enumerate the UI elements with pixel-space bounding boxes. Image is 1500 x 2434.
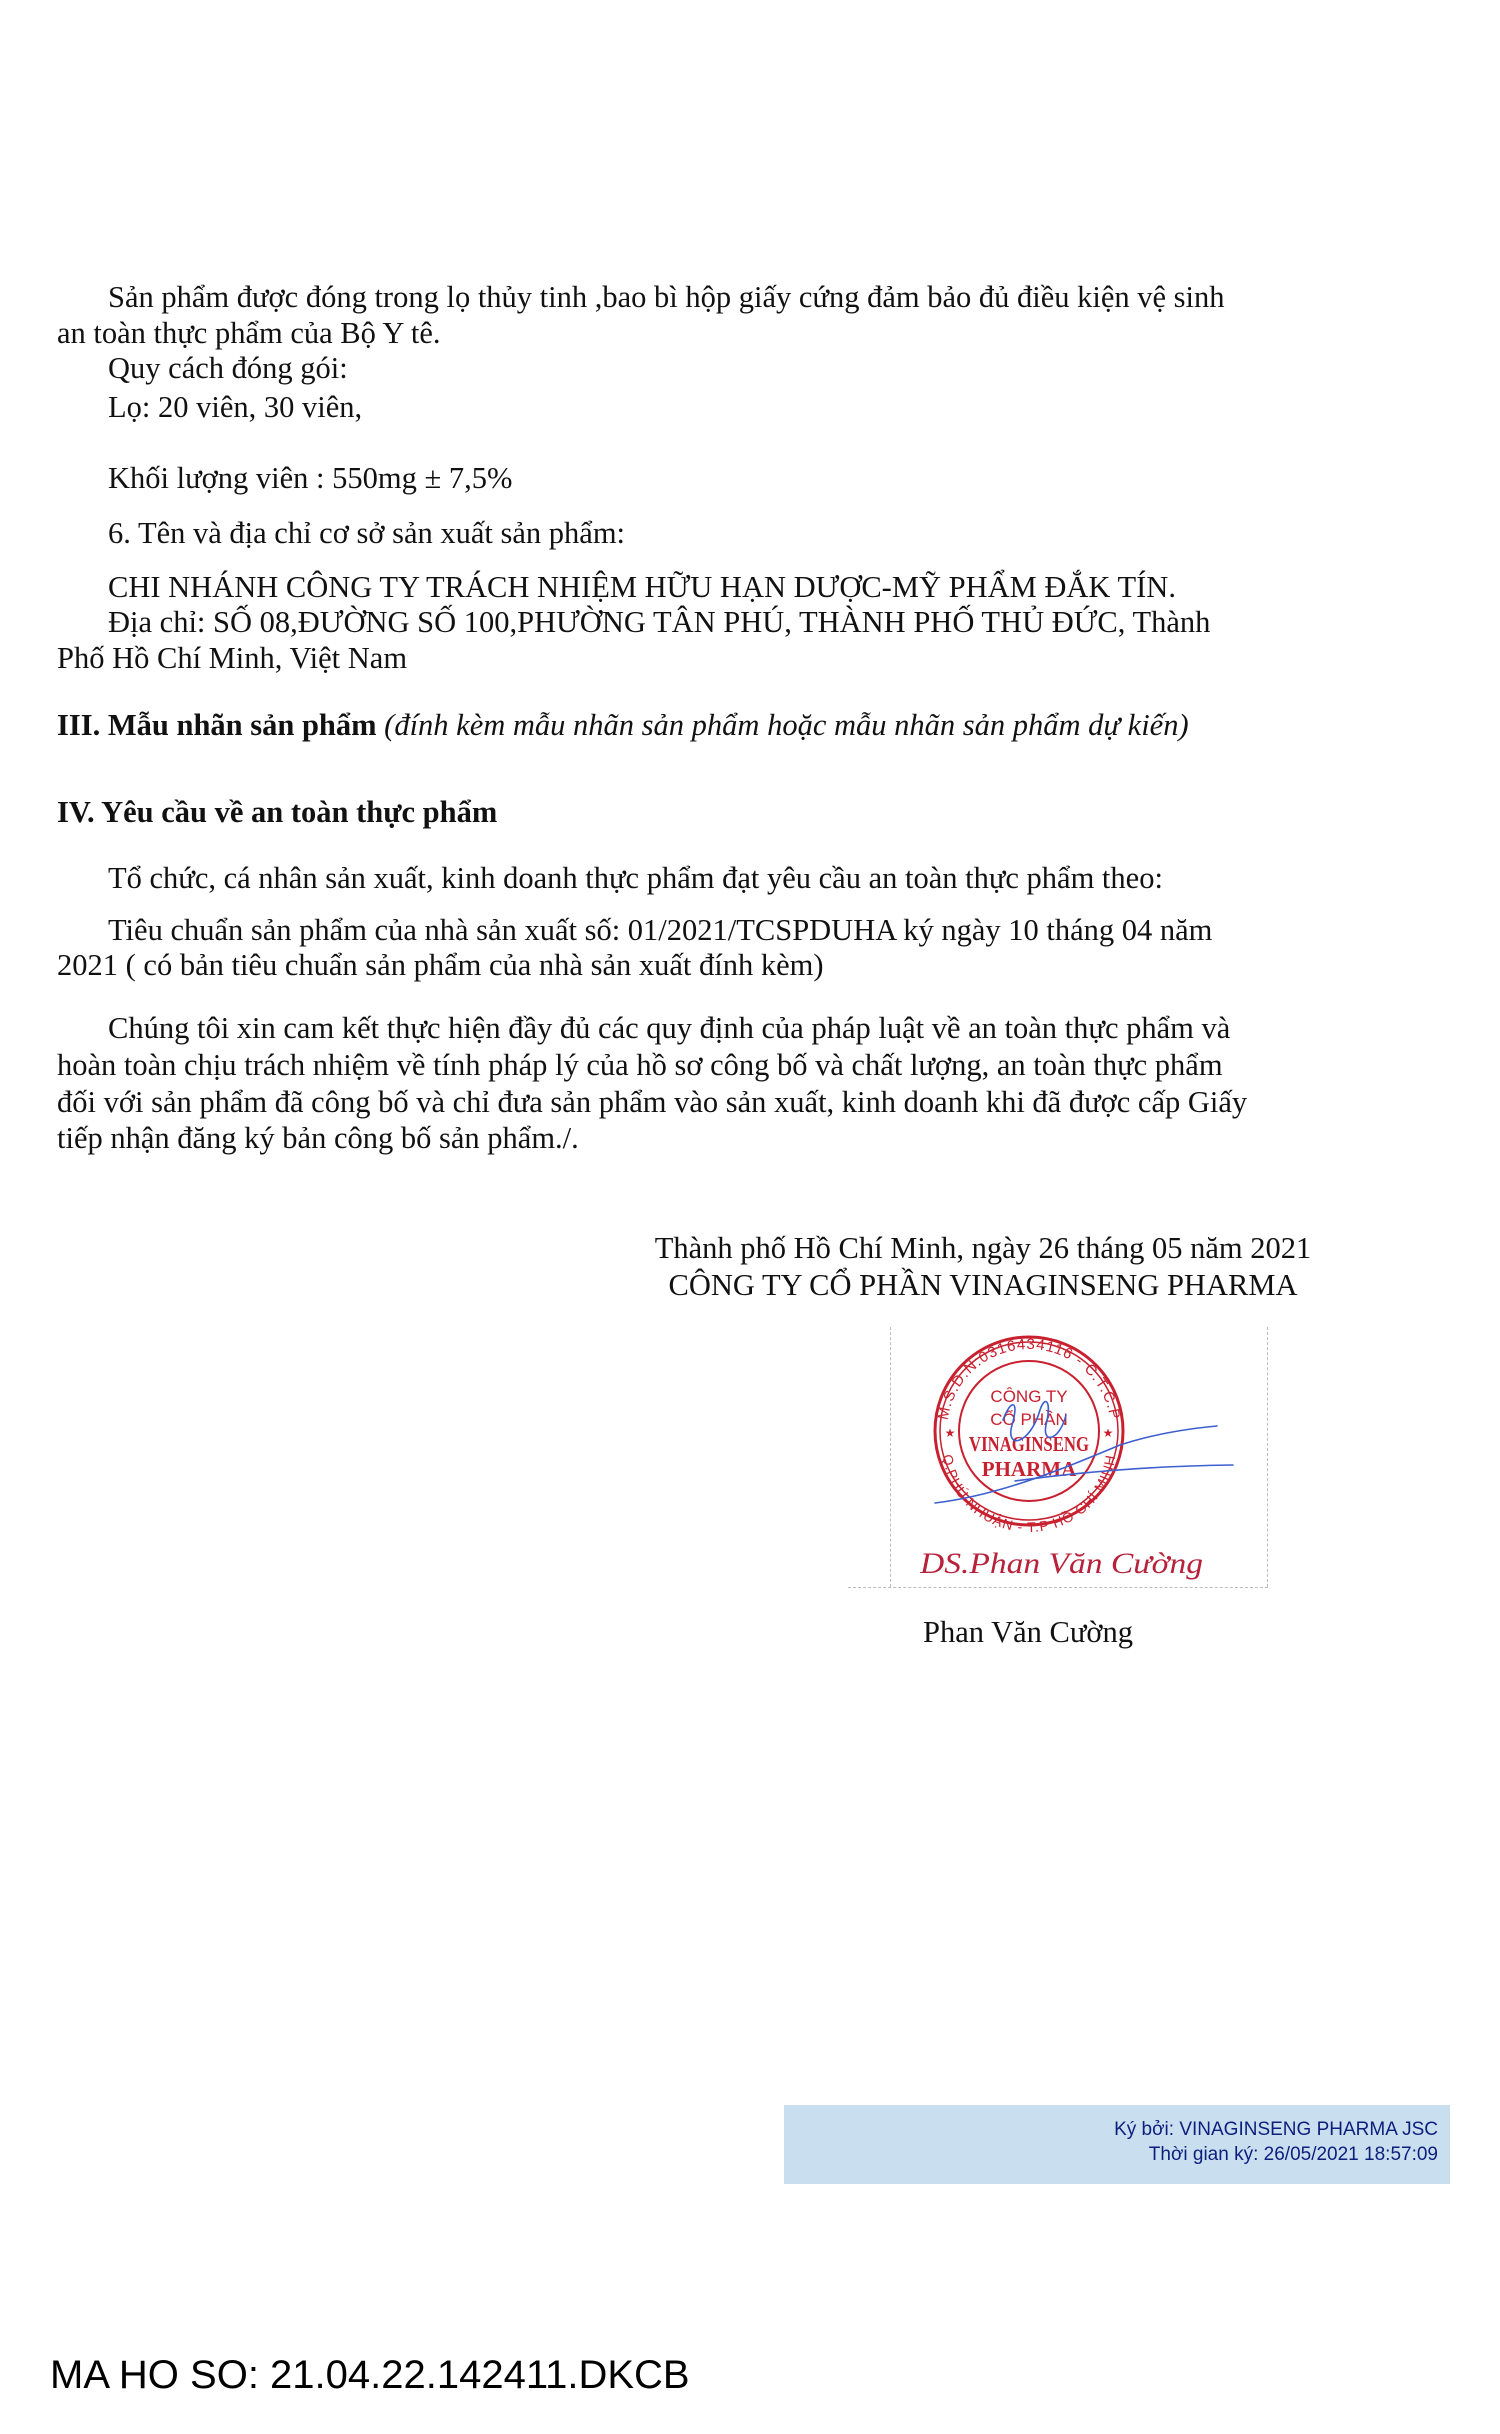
- tablet-weight: Khối lượng viên : 550mg ± 7,5%: [108, 461, 512, 495]
- manufacturer-name: CHI NHÁNH CÔNG TY TRÁCH NHIỆM HỮU HẠN DƯ…: [108, 570, 1176, 604]
- commitment-line-4: tiếp nhận đăng ký bản công bố sản phẩm./…: [57, 1121, 579, 1155]
- packaging-line-1: Sản phẩm được đóng trong lọ thủy tinh ,b…: [108, 280, 1225, 314]
- digital-signature-box: Ký bởi: VINAGINSENG PHARMA JSC Thời gian…: [784, 2105, 1450, 2184]
- svg-text:CÔNG TY: CÔNG TY: [990, 1387, 1067, 1406]
- svg-text:DS.Phan Văn Cường: DS.Phan Văn Cường: [920, 1547, 1203, 1580]
- section-3-note: (đính kèm mẫu nhãn sản phẩm hoặc mẫu nhã…: [384, 708, 1188, 742]
- signed-time: Thời gian ký: 26/05/2021 18:57:09: [1149, 2144, 1438, 2166]
- commitment-line-3: đối với sản phẩm đã công bố và chỉ đưa s…: [57, 1085, 1247, 1119]
- commitment-line-1: Chúng tôi xin cam kết thực hiện đầy đủ c…: [108, 1011, 1230, 1045]
- standard-line-2: 2021 ( có bản tiêu chuẩn sản phẩm của nh…: [57, 948, 824, 982]
- section-3-heading: III. Mẫu nhãn sản phẩm (đính kèm mẫu nhã…: [57, 708, 1189, 742]
- packaging-spec-value: Lọ: 20 viên, 30 viên,: [108, 390, 362, 424]
- signer-name: Phan Văn Cường: [923, 1615, 1133, 1649]
- section-4-para-1: Tổ chức, cá nhân sản xuất, kinh doanh th…: [108, 861, 1163, 895]
- signature-frame-left: [890, 1327, 891, 1587]
- manufacturer-heading: 6. Tên và địa chỉ cơ sở sản xuất sản phẩ…: [108, 516, 625, 550]
- company-name: CÔNG TY CỔ PHẦN VINAGINSENG PHARMA: [603, 1268, 1363, 1302]
- signature-frame-right: [1267, 1327, 1268, 1587]
- section-4-heading: IV. Yêu cầu về an toàn thực phẩm: [57, 795, 497, 829]
- packaging-line-2: an toàn thực phẩm của Bộ Y tê.: [57, 316, 441, 350]
- standard-line-1: Tiêu chuẩn sản phẩm của nhà sản xuất số:…: [108, 913, 1212, 947]
- svg-text:PHARMA: PHARMA: [982, 1457, 1077, 1481]
- svg-text:★: ★: [1103, 1426, 1114, 1440]
- file-code: MA HO SO: 21.04.22.142411.DKCB: [50, 2352, 690, 2398]
- manufacturer-address-line-1: Địa chỉ: SỐ 08,ĐƯỜNG SỐ 100,PHƯỜNG TÂN P…: [108, 605, 1210, 639]
- section-3-title: III. Mẫu nhãn sản phẩm: [57, 708, 377, 742]
- place-and-date: Thành phố Hồ Chí Minh, ngày 26 tháng 05 …: [603, 1231, 1363, 1265]
- company-stamp-icon: M.S.D.N:0316434116 - C.T.C.P Q.PHÚ NHUẬN…: [920, 1320, 1260, 1590]
- commitment-line-2: hoàn toàn chịu trách nhiệm về tính pháp …: [57, 1048, 1223, 1082]
- svg-text:★: ★: [945, 1426, 956, 1440]
- svg-text:VINAGINSENG: VINAGINSENG: [969, 1432, 1089, 1456]
- manufacturer-address-line-2: Phố Hồ Chí Minh, Việt Nam: [57, 641, 407, 675]
- signed-by: Ký bởi: VINAGINSENG PHARMA JSC: [1114, 2119, 1438, 2141]
- packaging-spec-label: Quy cách đóng gói:: [108, 351, 348, 385]
- svg-text:CỔ PHẦN: CỔ PHẦN: [990, 1410, 1067, 1429]
